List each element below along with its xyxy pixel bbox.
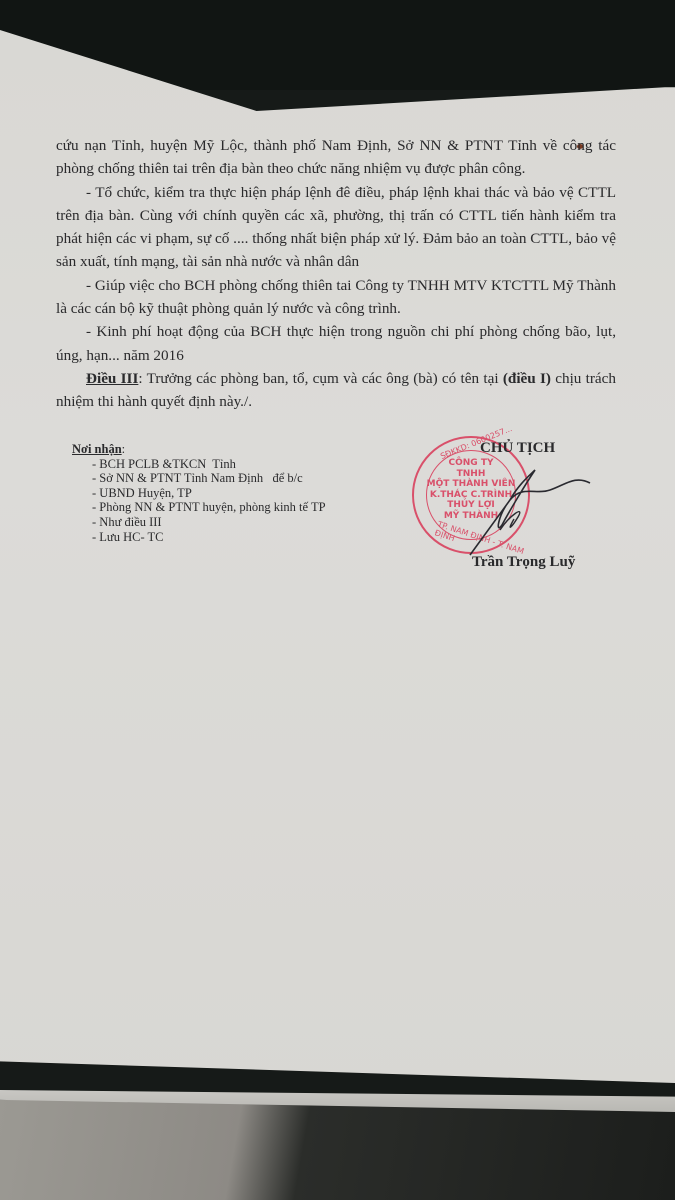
recipients-block: Nơi nhận: - BCH PCLB &TKCN Tỉnh - Sở NN … <box>72 442 372 544</box>
fabric-background-bottom <box>0 1100 675 1200</box>
recipient-item: - Lưu HC- TC <box>92 530 372 545</box>
recipient-item: - UBND Huyện, TP <box>92 486 372 501</box>
paragraph-2: - Tổ chức, kiểm tra thực hiện pháp lệnh … <box>56 181 616 274</box>
article-3-text: : Trưởng các phòng ban, tổ, cụm và các ô… <box>138 370 502 387</box>
recipient-item: - Sở NN & PTNT Tỉnh Nam Định để b/c <box>92 471 372 486</box>
paragraph-4: - Kinh phí hoạt động của BCH thực hiện t… <box>56 320 616 367</box>
paragraph-1: cứu nạn Tỉnh, huyện Mỹ Lộc, thành phố Na… <box>56 134 616 181</box>
document-body: cứu nạn Tỉnh, huyện Mỹ Lộc, thành phố Na… <box>56 134 616 414</box>
paragraph-3: - Giúp việc cho BCH phòng chống thiên ta… <box>56 274 616 321</box>
recipient-item: - BCH PCLB &TKCN Tỉnh <box>92 457 372 472</box>
recipients-list: - BCH PCLB &TKCN Tỉnh - Sở NN & PTNT Tỉn… <box>72 457 372 545</box>
article-3-ref: (điều I) <box>503 370 551 387</box>
recipient-item: - Như điều III <box>92 515 372 530</box>
recipient-item: - Phòng NN & PTNT huyện, phòng kinh tế T… <box>92 500 372 515</box>
article-3-label: Điều III <box>86 370 138 387</box>
recipients-heading: Nơi nhận: <box>72 442 372 457</box>
signer-name: Trần Trọng Luỹ <box>472 554 575 571</box>
handwritten-signature-icon <box>440 455 610 565</box>
article-3: Điều III: Trưởng các phòng ban, tổ, cụm … <box>56 367 616 414</box>
